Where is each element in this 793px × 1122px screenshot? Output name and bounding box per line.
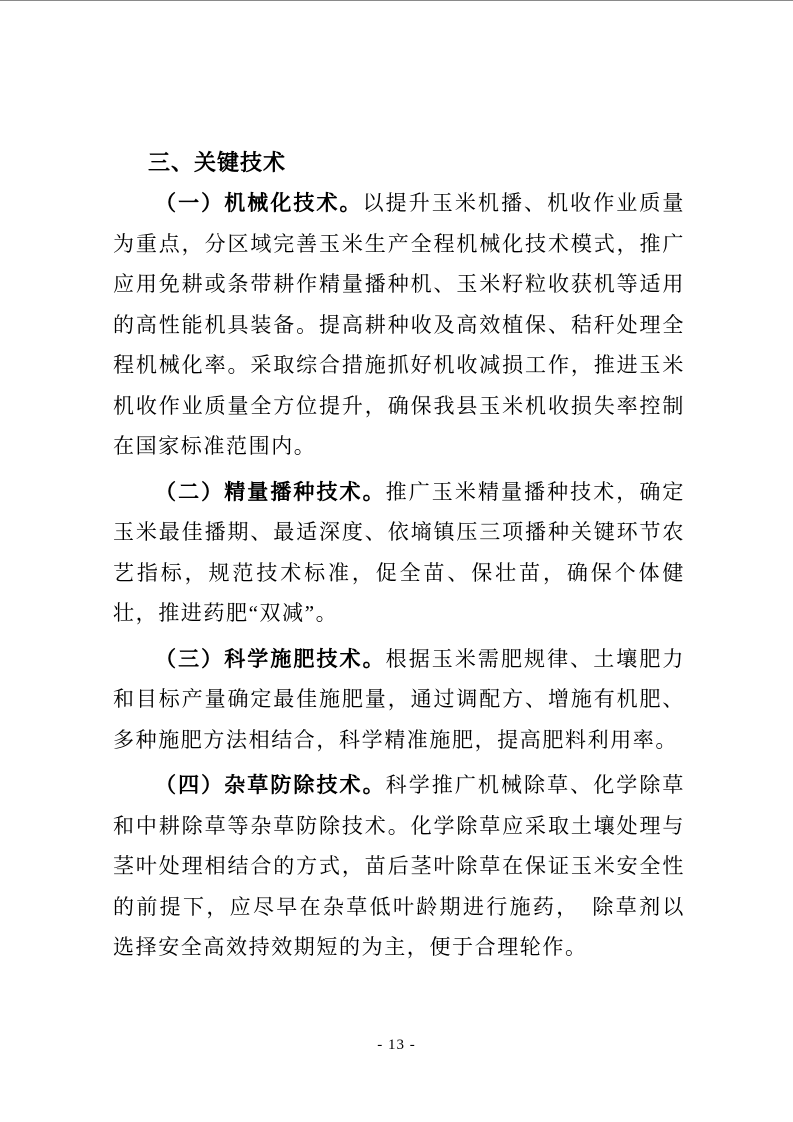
paragraph-precision-seeding: （二）精量播种技术。推广玉米精量播种技术，确定玉米最佳播期、最适深度、依墒镇压三…	[113, 472, 685, 634]
page-number: - 13 -	[0, 1037, 793, 1054]
paragraph-scientific-fertilization-lead: （三）科学施肥技术。	[155, 647, 386, 671]
paragraph-mechanization-lead: （一）机械化技术。	[155, 191, 363, 215]
paragraph-weed-control-lead: （四）杂草防除技术。	[155, 773, 386, 797]
document-page: 三、关键技术 （一）机械化技术。以提升玉米机播、机收作业质量为重点，分区域完善玉…	[0, 0, 793, 1122]
section-heading: 三、关键技术	[113, 143, 685, 183]
document-content: 三、关键技术 （一）机械化技术。以提升玉米机播、机收作业质量为重点，分区域完善玉…	[113, 143, 685, 973]
paragraph-weed-control-body: 科学推广机械除草、化学除草和中耕除草等杂草防除技术。化学除草应采取土壤处理与茎叶…	[113, 773, 685, 959]
paragraph-mechanization-body: 以提升玉米机播、机收作业质量为重点，分区域完善玉米生产全程机械化技术模式，推广应…	[113, 191, 685, 458]
paragraph-weed-control: （四）杂草防除技术。科学推广机械除草、化学除草和中耕除草等杂草防除技术。化学除草…	[113, 765, 685, 968]
paragraph-precision-seeding-lead: （二）精量播种技术。	[155, 480, 386, 504]
paragraph-mechanization: （一）机械化技术。以提升玉米机播、机收作业质量为重点，分区域完善玉米生产全程机械…	[113, 183, 685, 467]
paragraph-scientific-fertilization: （三）科学施肥技术。根据玉米需肥规律、土壤肥力和目标产量确定最佳施肥量，通过调配…	[113, 639, 685, 761]
